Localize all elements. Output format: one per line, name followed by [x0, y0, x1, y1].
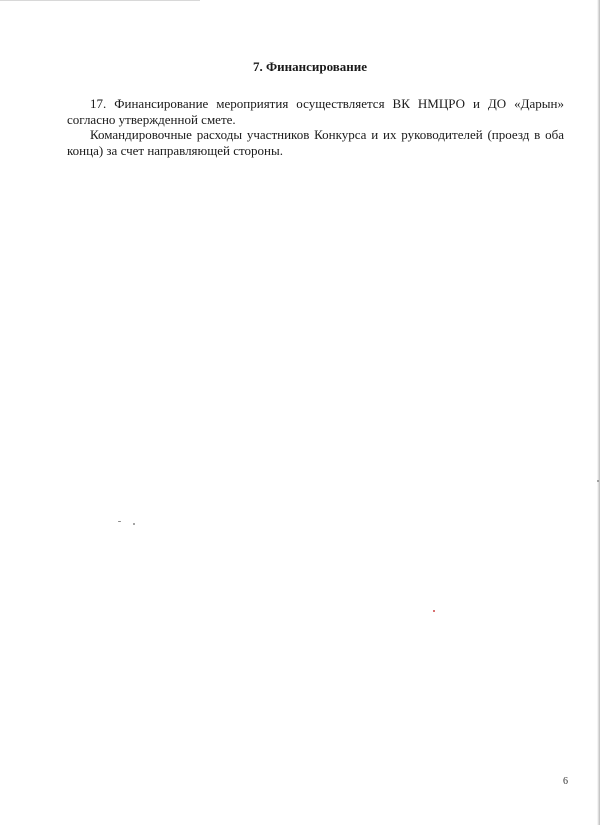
scan-speck — [433, 610, 435, 612]
page-number: 6 — [563, 776, 568, 787]
scan-speck — [597, 480, 599, 482]
scan-edge-line — [0, 0, 200, 1]
paragraph-travel-expenses: Командировочные расходы участников Конку… — [67, 127, 564, 159]
section-heading: 7. Финансирование — [0, 59, 600, 75]
paragraph-financing: 17. Финансирование мероприятия осуществл… — [67, 96, 564, 128]
scan-speck — [133, 523, 135, 525]
scan-speck — [118, 521, 121, 522]
